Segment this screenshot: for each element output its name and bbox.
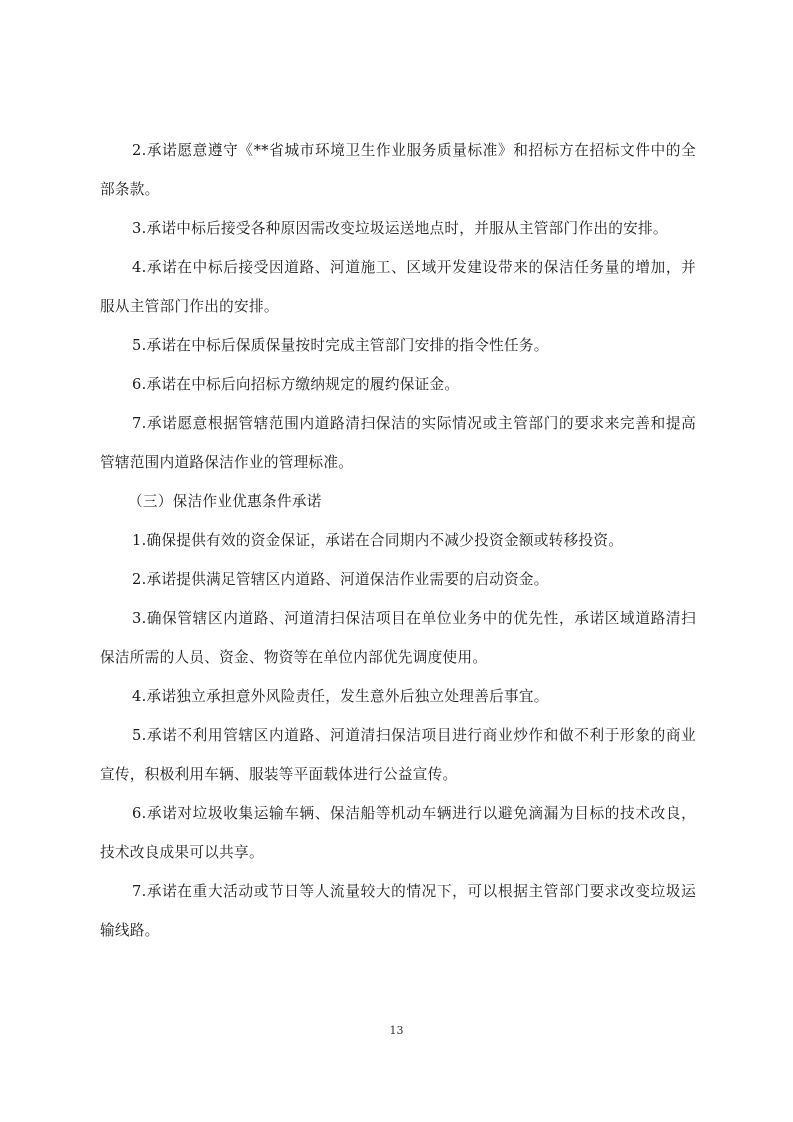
commitment-item-4: 4.承诺在中标后接受因道路、河道施工、区域开发建设带来的保洁任务量的增加，并服从… xyxy=(100,248,696,326)
preferential-item-4: 4.承诺独立承担意外风险责任，发生意外后独立处理善后事宜。 xyxy=(100,677,696,716)
preferential-item-5: 5.承诺不利用管辖区内道路、河道清扫保洁项目进行商业炒作和做不利于形象的商业宣传… xyxy=(100,716,696,794)
commitment-item-6: 6.承诺在中标后向招标方缴纳规定的履约保证金。 xyxy=(100,365,696,404)
commitment-item-3: 3.承诺中标后接受各种原因需改变垃圾运送地点时，并服从主管部门作出的安排。 xyxy=(100,209,696,248)
preferential-item-6: 6.承诺对垃圾收集运输车辆、保洁船等机动车辆进行以避免滴漏为目标的技术改良，技术… xyxy=(100,794,696,872)
section-heading: （三）保洁作业优惠条件承诺 xyxy=(100,482,696,521)
preferential-item-2: 2.承诺提供满足管辖区内道路、河道保洁作业需要的启动资金。 xyxy=(100,560,696,599)
preferential-item-7: 7.承诺在重大活动或节日等人流量较大的情况下，可以根据主管部门要求改变垃圾运输线… xyxy=(100,872,696,950)
preferential-item-1: 1.确保提供有效的资金保证，承诺在合同期内不减少投资金额或转移投资。 xyxy=(100,521,696,560)
commitment-item-7: 7.承诺愿意根据管辖范围内道路清扫保洁的实际情况或主管部门的要求来完善和提高管辖… xyxy=(100,404,696,482)
preferential-item-3: 3.确保管辖区内道路、河道清扫保洁项目在单位业务中的优先性，承诺区域道路清扫保洁… xyxy=(100,599,696,677)
commitment-item-2: 2.承诺愿意遵守《**省城市环境卫生作业服务质量标准》和招标方在招标文件中的全部… xyxy=(100,131,696,209)
page-number: 13 xyxy=(0,1024,793,1037)
commitment-item-5: 5.承诺在中标后保质保量按时完成主管部门安排的指令性任务。 xyxy=(100,326,696,365)
document-body: 2.承诺愿意遵守《**省城市环境卫生作业服务质量标准》和招标方在招标文件中的全部… xyxy=(100,131,696,950)
